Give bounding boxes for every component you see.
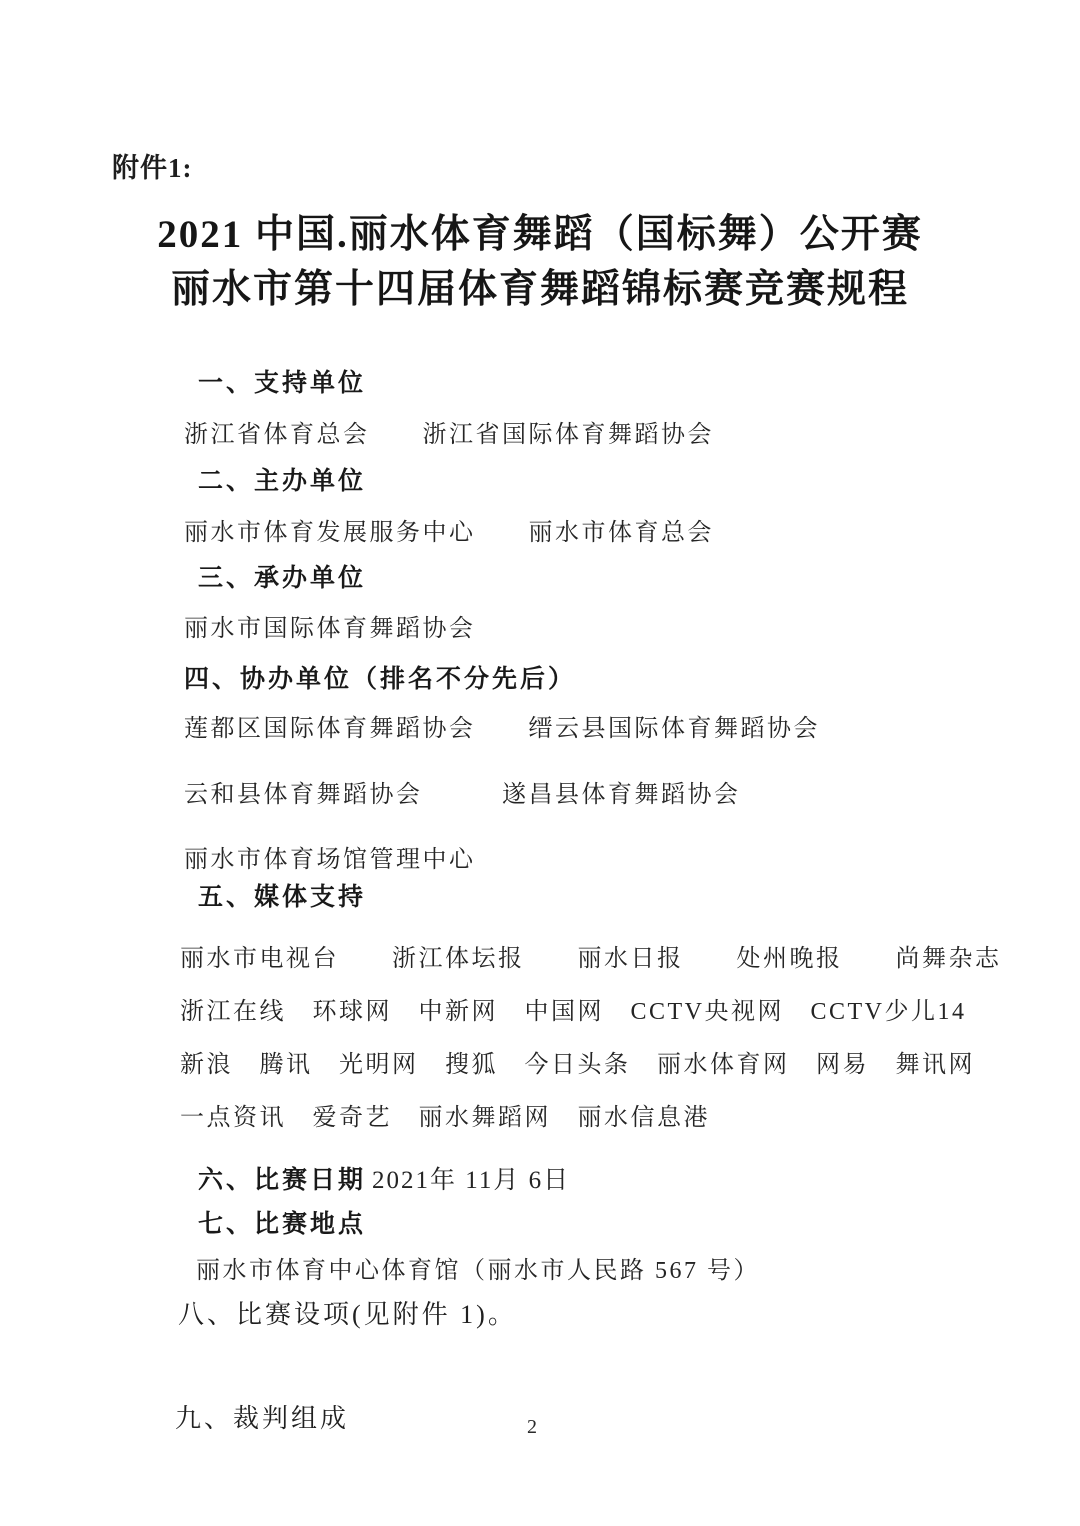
date-heading-label: 六、比赛日期: [198, 1167, 366, 1194]
host-orgs: 丽水市体育发展服务中心 丽水市体育总会: [184, 512, 714, 547]
organizer-orgs: 丽水市国际体育舞蹈协会: [184, 608, 476, 643]
document-page: 附件1: 2021 中国.丽水体育舞蹈（国标舞）公开赛 丽水市第十四届体育舞蹈锦…: [0, 0, 1080, 1526]
support-orgs: 浙江省体育总会 浙江省国际体育舞蹈协会: [184, 414, 714, 449]
media-list-line1: 丽水市电视台 浙江体坛报 丽水日报 处州晚报 尚舞杂志: [180, 938, 1002, 973]
venue-address: 丽水市体育中心体育馆（丽水市人民路 567 号）: [196, 1250, 760, 1285]
media-list-line3: 新浪 腾讯 光明网 搜狐 今日头条 丽水体育网 网易 舞讯网: [180, 1044, 975, 1079]
section-heading-support: 一、支持单位: [198, 363, 366, 399]
co-organizer-orgs-line1: 莲都区国际体育舞蹈协会 缙云县国际体育舞蹈协会: [184, 708, 820, 743]
document-title-line1: 2021 中国.丽水体育舞蹈（国标舞）公开赛: [0, 203, 1080, 259]
page-number: 2: [0, 1416, 1064, 1439]
co-organizer-orgs-line2: 云和县体育舞蹈协会 遂昌县体育舞蹈协会: [184, 774, 741, 809]
section-heading-events: 八、比赛设项(见附件 1)。: [178, 1294, 517, 1331]
media-list-line2: 浙江在线 环球网 中新网 中国网 CCTV央视网 CCTV少儿14: [180, 991, 967, 1026]
media-list-line4: 一点资讯 爱奇艺 丽水舞蹈网 丽水信息港: [180, 1097, 710, 1132]
competition-date: 2021年 11月 6日: [372, 1167, 570, 1194]
attachment-label: 附件1:: [112, 146, 193, 185]
document-title-line2: 丽水市第十四届体育舞蹈锦标赛竞赛规程: [0, 258, 1080, 314]
section-heading-media: 五、媒体支持: [198, 877, 366, 913]
section-heading-venue: 七、比赛地点: [198, 1204, 366, 1240]
section-heading-date: 六、比赛日期2021年 11月 6日: [198, 1160, 570, 1196]
co-organizer-orgs-line3: 丽水市体育场馆管理中心: [184, 839, 476, 874]
section-heading-organizer: 三、承办单位: [198, 558, 366, 594]
section-heading-host: 二、主办单位: [198, 461, 366, 497]
section-heading-co-organizer: 四、协办单位（排名不分先后）: [184, 659, 576, 695]
